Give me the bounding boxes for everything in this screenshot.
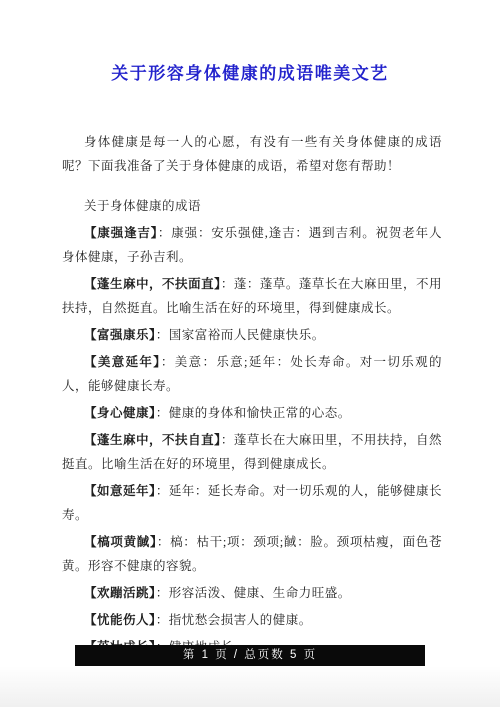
document-page: 关于形容身体健康的成语唯美文艺 身体健康是每一人的心愿，有没有一些有关身体健康的… [0, 0, 500, 707]
bottom-page-margin [0, 666, 500, 707]
idiom-definition: ：指忧愁会损害人的健康。 [156, 613, 312, 627]
idiom-entry: 【忧能伤人】：指忧愁会损害人的健康。 [62, 608, 442, 632]
idiom-term: 【富强康乐】 [84, 328, 156, 342]
idiom-term: 【忧能伤人】 [84, 613, 156, 627]
intro-paragraph: 身体健康是每一人的心愿，有没有一些有关身体健康的成语呢？下面我准备了关于身体健康… [62, 130, 442, 178]
idiom-entry: 【美意延年】：美意：乐意;延年：处长寿命。对一切乐观的人，能够健康长寿。 [62, 350, 442, 398]
idiom-entry: 【富强康乐】：国家富裕而人民健康快乐。 [62, 323, 442, 347]
footer-page-bar: 第 1 页 / 总页数 5 页 [75, 645, 425, 666]
idiom-term: 【身心健康】 [84, 406, 156, 420]
idiom-entry: 【蓬生麻中，不扶面直】：蓬：蓬草。蓬草长在大麻田里，不用扶持，自然挺直。比喻生活… [62, 272, 442, 320]
idiom-definition: ：健康的身体和愉快正常的心态。 [156, 406, 351, 420]
idiom-term: 【槁项黄馘】 [84, 535, 157, 549]
idiom-entry: 【蓬生麻中，不扶自直】：蓬草长在大麻田里，不用扶持，自然挺直。比喻生活在好的环境… [62, 428, 442, 476]
page-number-text: 第 1 页 / 总页数 5 页 [183, 649, 317, 661]
idiom-entry: 【康强逢吉】：康强：安乐强健,逢吉：遇到吉利。祝贺老年人身体健康，子孙吉利。 [62, 221, 442, 269]
document-title: 关于形容身体健康的成语唯美文艺 [0, 64, 500, 84]
idiom-entry: 【如意延年】：延年：延长寿命。对一切乐观的人，能够健康长寿。 [62, 479, 442, 527]
section-heading: 关于身体健康的成语 [62, 194, 442, 218]
idiom-term: 【蓬生麻中，不扶自直】 [84, 433, 221, 447]
idiom-term: 【蓬生麻中，不扶面直】 [84, 277, 221, 291]
idiom-entry: 【槁项黄馘】：槁：枯干;项：颈项;馘：脸。颈项枯瘦，面色苍黄。形容不健康的容貌。 [62, 530, 442, 578]
idiom-term: 【欢蹦活跳】 [84, 586, 156, 600]
idiom-term: 【如意延年】 [84, 484, 156, 498]
idiom-definition: ：形容活泼、健康、生命力旺盛。 [156, 586, 351, 600]
idiom-entry: 【身心健康】：健康的身体和愉快正常的心态。 [62, 401, 442, 425]
idiom-term: 【康强逢吉】 [84, 226, 158, 240]
idiom-entry: 【欢蹦活跳】：形容活泼、健康、生命力旺盛。 [62, 581, 442, 605]
idiom-term: 【美意延年】 [84, 355, 161, 369]
idiom-definition: ：国家富裕而人民健康快乐。 [156, 328, 325, 342]
document-body: 身体健康是每一人的心愿，有没有一些有关身体健康的成语呢？下面我准备了关于身体健康… [0, 84, 500, 659]
